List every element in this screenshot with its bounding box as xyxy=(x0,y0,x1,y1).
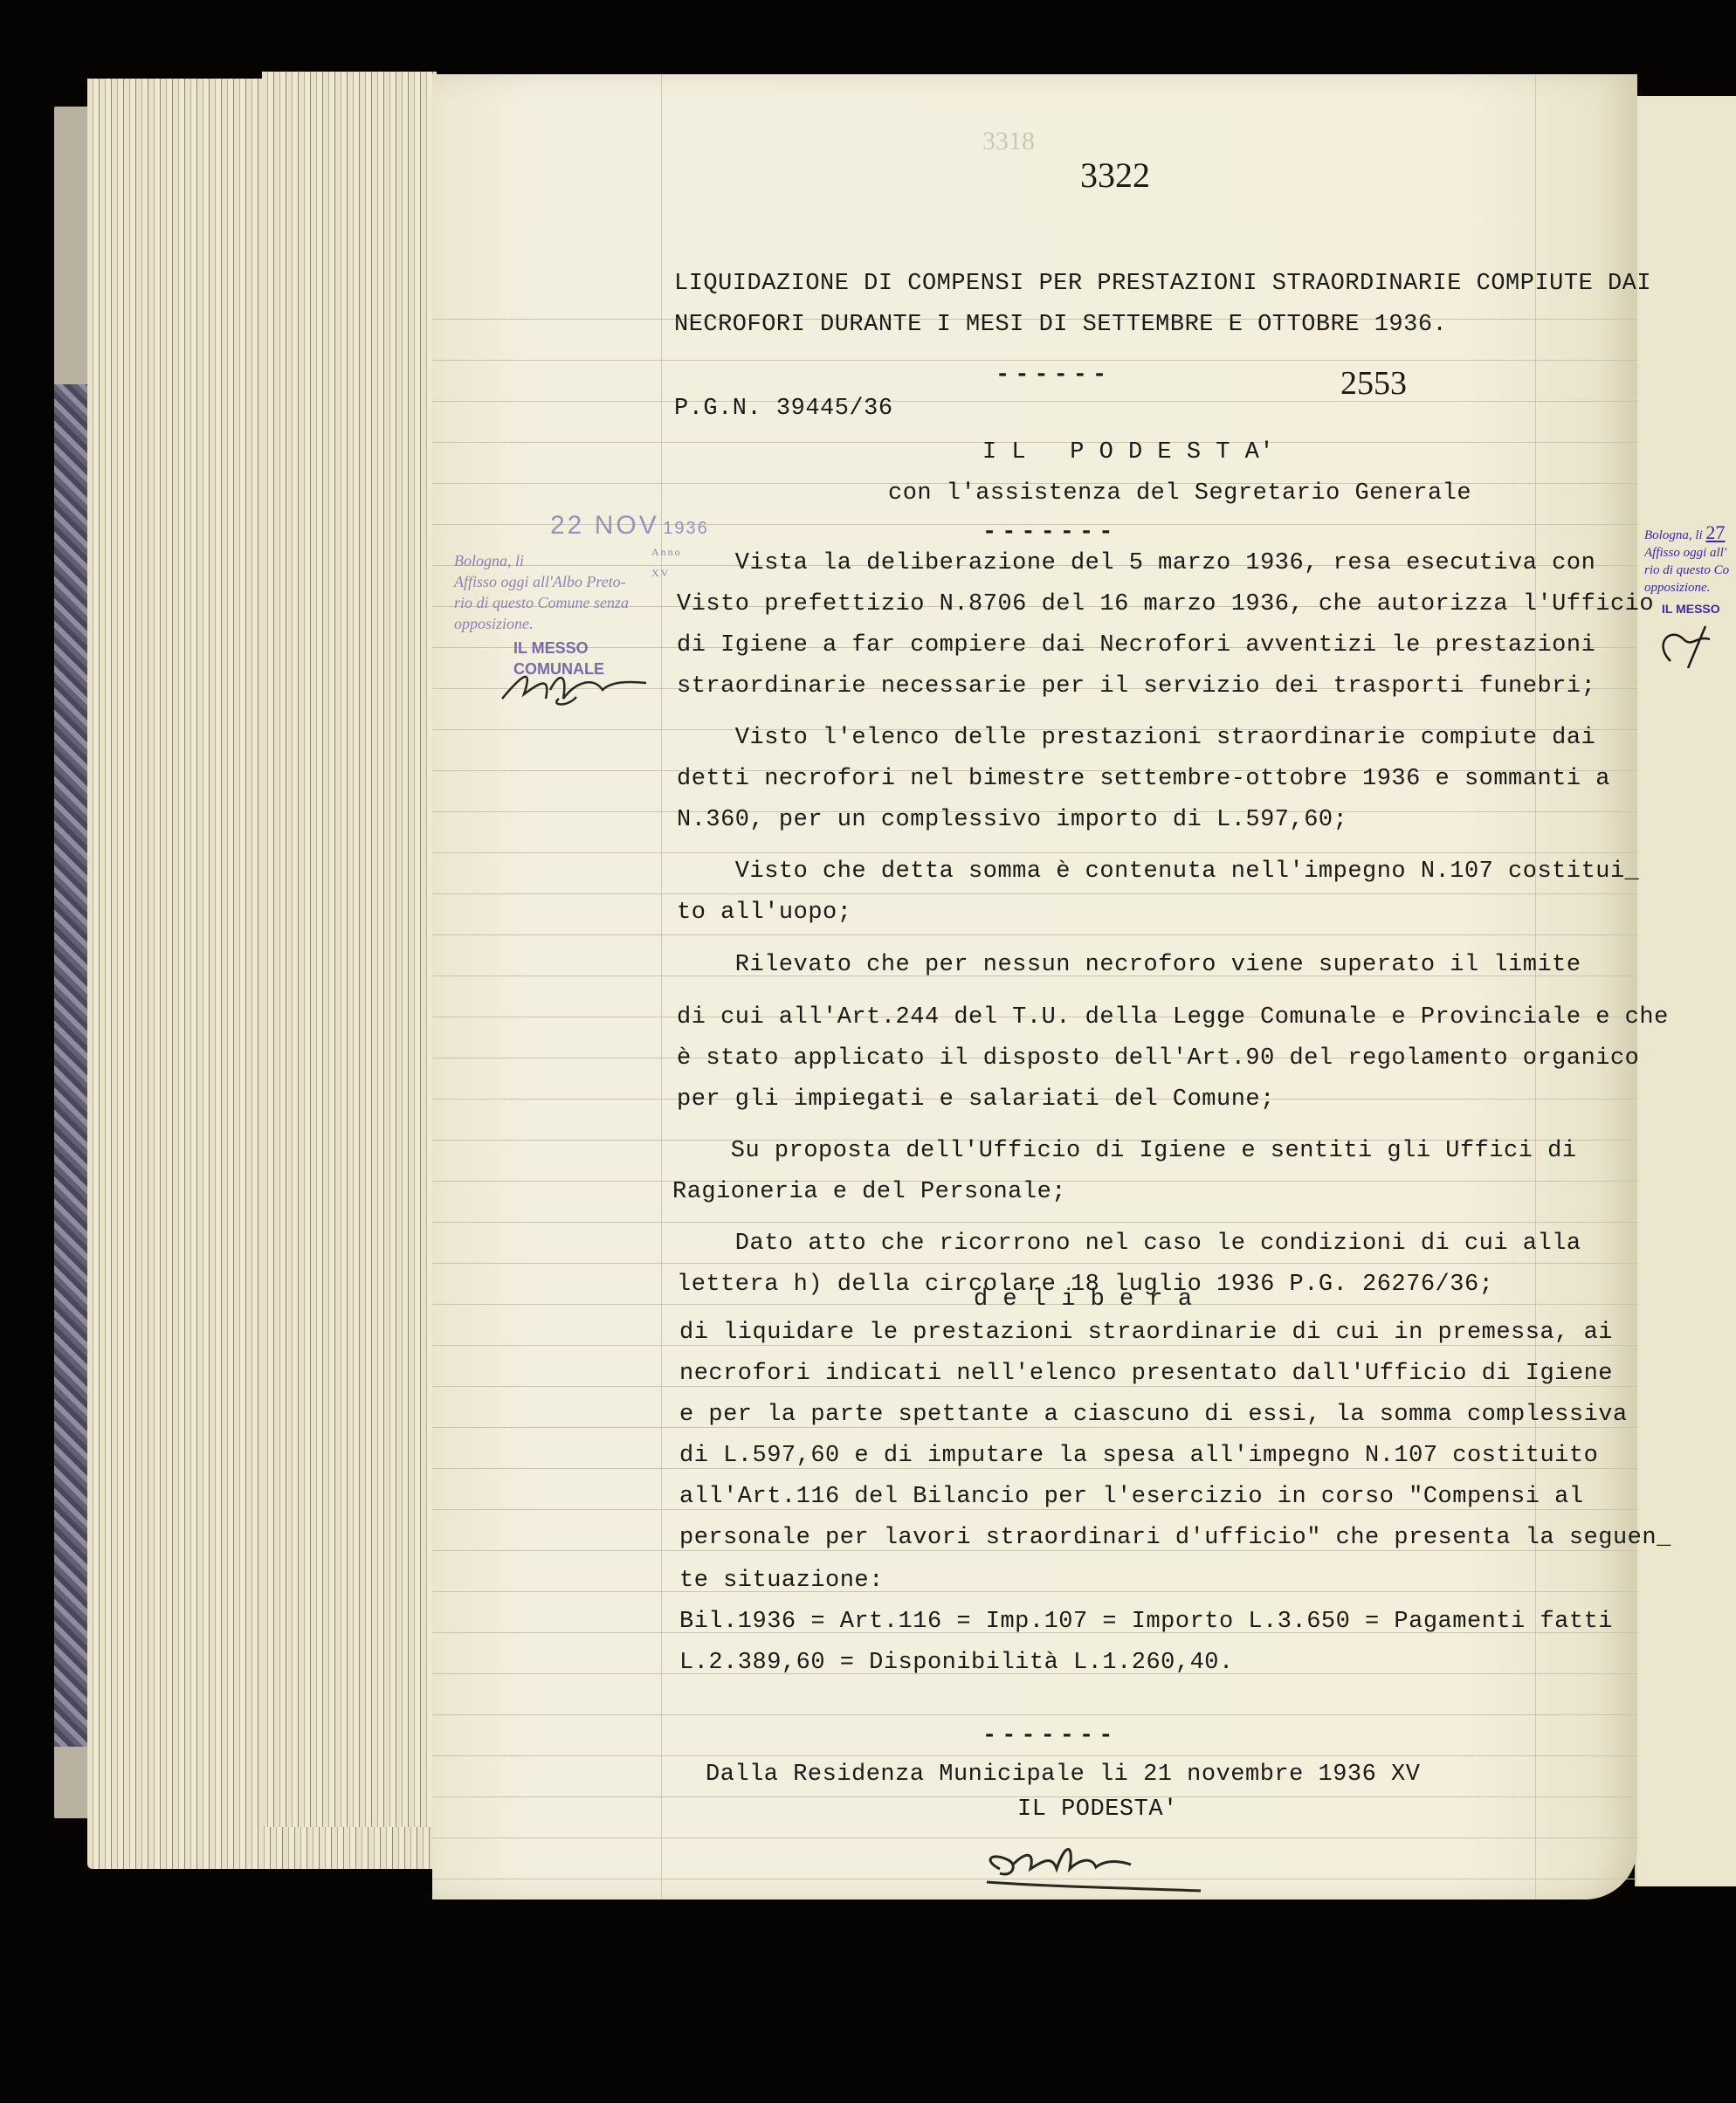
separator-2: ------- xyxy=(982,520,1118,546)
protocol-number: P.G.N. 39445/36 xyxy=(674,396,893,422)
preamble-line: è stato applicato il disposto dell'Art.9… xyxy=(677,1045,1639,1072)
resolution-line: Bil.1936 = Art.116 = Imp.107 = Importo L… xyxy=(679,1609,1613,1635)
ruled-line xyxy=(432,852,1637,853)
preamble-line: Dato atto che ricorrono nel caso le cond… xyxy=(677,1231,1581,1257)
posting-stamp-left: 22 NOV 1936 Anno XV Bologna, li Affisso … xyxy=(454,524,681,679)
delibera-heading: d e l i b e r a xyxy=(974,1286,1193,1313)
signatory-title: IL PODESTA' xyxy=(1017,1796,1178,1823)
document-title-line-2: NECROFORI DURANTE I MESI DI SETTEMBRE E … xyxy=(674,312,1447,338)
closing-line: Dalla Residenza Municipale li 21 novembr… xyxy=(706,1762,1420,1788)
preamble-line: di Igiene a far compiere dai Necrofori a… xyxy=(677,632,1595,658)
ruled-line xyxy=(432,1222,1637,1223)
right-facing-page xyxy=(1635,96,1736,1886)
resolution-line: di L.597,60 e di imputare la spesa all'i… xyxy=(679,1443,1598,1469)
separator: ------ xyxy=(995,362,1112,389)
resolution-line: personale per lavori straordinari d'uffi… xyxy=(679,1525,1671,1551)
preamble-line: N.360, per un complessivo importo di L.5… xyxy=(677,807,1347,833)
preamble-line: Visto l'elenco delle prestazioni straord… xyxy=(677,725,1595,751)
stamp-line: rio di questo Co xyxy=(1644,562,1736,579)
preamble-line: di cui all'Art.244 del T.U. della Legge … xyxy=(677,1004,1669,1031)
preamble-line: to all'uopo; xyxy=(677,900,851,926)
stamp-line: rio di questo Comune senza xyxy=(454,592,681,613)
preamble-line: per gli impiegati e salariati del Comune… xyxy=(677,1086,1275,1113)
posting-stamp-right: Bologna, li 27 Affisso oggi all' rio di … xyxy=(1644,524,1736,675)
stamp-messo: IL MESSO xyxy=(1662,600,1736,617)
messo-signature xyxy=(1644,617,1736,670)
resolution-line: e per la parte spettante a ciascuno di e… xyxy=(679,1402,1628,1428)
ruled-line xyxy=(432,1263,1637,1264)
ruled-line xyxy=(432,1755,1637,1756)
preamble-line: Ragioneria e del Personale; xyxy=(672,1179,1066,1205)
stamp-line: Affisso oggi all'Albo Preto- xyxy=(454,571,681,592)
stamp-line: opposizione. xyxy=(1644,579,1736,596)
messo-signature xyxy=(498,664,672,707)
resolution-line: all'Art.116 del Bilancio per l'esercizio… xyxy=(679,1484,1584,1510)
page-stack-front xyxy=(262,72,437,1827)
preamble-line: Rilevato che per nessun necroforo viene … xyxy=(677,952,1581,978)
stamp-era: Anno XV xyxy=(651,541,682,583)
preamble-line: Visto che detta somma è contenuta nell'i… xyxy=(677,858,1639,885)
resolution-line: L.2.389,60 = Disponibilità L.1.260,40. xyxy=(679,1650,1234,1676)
ruled-line xyxy=(432,934,1637,935)
page-number: 3322 xyxy=(1080,155,1150,196)
stamp-line: Affisso oggi all' xyxy=(1644,544,1736,562)
resolution-line: te situazione: xyxy=(679,1568,884,1594)
stamp-date: 22 NOV xyxy=(550,511,659,540)
preamble-line: Vista la deliberazione del 5 marzo 1936,… xyxy=(677,550,1595,576)
assistance-line: con l'assistenza del Segretario Generale xyxy=(888,480,1471,507)
preamble-line: Visto prefettizio N.8706 del 16 marzo 19… xyxy=(677,591,1654,617)
stamp-year: 1936 xyxy=(663,519,709,538)
page-number-faded: 3318 xyxy=(982,127,1035,156)
preamble-line: straordinarie necessarie per il servizio… xyxy=(677,673,1595,700)
resolution-line: necrofori indicati nell'elenco presentat… xyxy=(679,1361,1613,1387)
marbled-endpaper xyxy=(54,384,89,1747)
stamp-line: Bologna, li xyxy=(1644,528,1703,542)
stamp-line: Bologna, li xyxy=(454,550,681,571)
deliberation-number: 2553 xyxy=(1340,364,1407,403)
main-page: 3318 3322 LIQUIDAZIONE DI COMPENSI PER P… xyxy=(432,74,1637,1900)
resolution-line: di liquidare le prestazioni straordinari… xyxy=(679,1320,1613,1346)
ruled-line xyxy=(432,401,1637,402)
separator-3: ------- xyxy=(982,1723,1118,1749)
podesta-signature xyxy=(974,1834,1236,1895)
margin-line xyxy=(661,74,662,1900)
ruled-line xyxy=(432,360,1637,361)
preamble-line: detti necrofori nel bimestre settembre-o… xyxy=(677,766,1610,792)
preamble-line: Su proposta dell'Ufficio di Igiene e sen… xyxy=(672,1138,1577,1164)
document-title-line-1: LIQUIDAZIONE DI COMPENSI PER PRESTAZIONI… xyxy=(674,271,1651,297)
stamp-line: opposizione. xyxy=(454,613,681,634)
authority-heading: I L P O D E S T A' xyxy=(982,439,1274,465)
ruled-line xyxy=(432,1591,1637,1592)
ruled-line xyxy=(432,1714,1637,1715)
ruled-line xyxy=(432,893,1637,894)
stamp-date: 27 xyxy=(1705,524,1725,543)
